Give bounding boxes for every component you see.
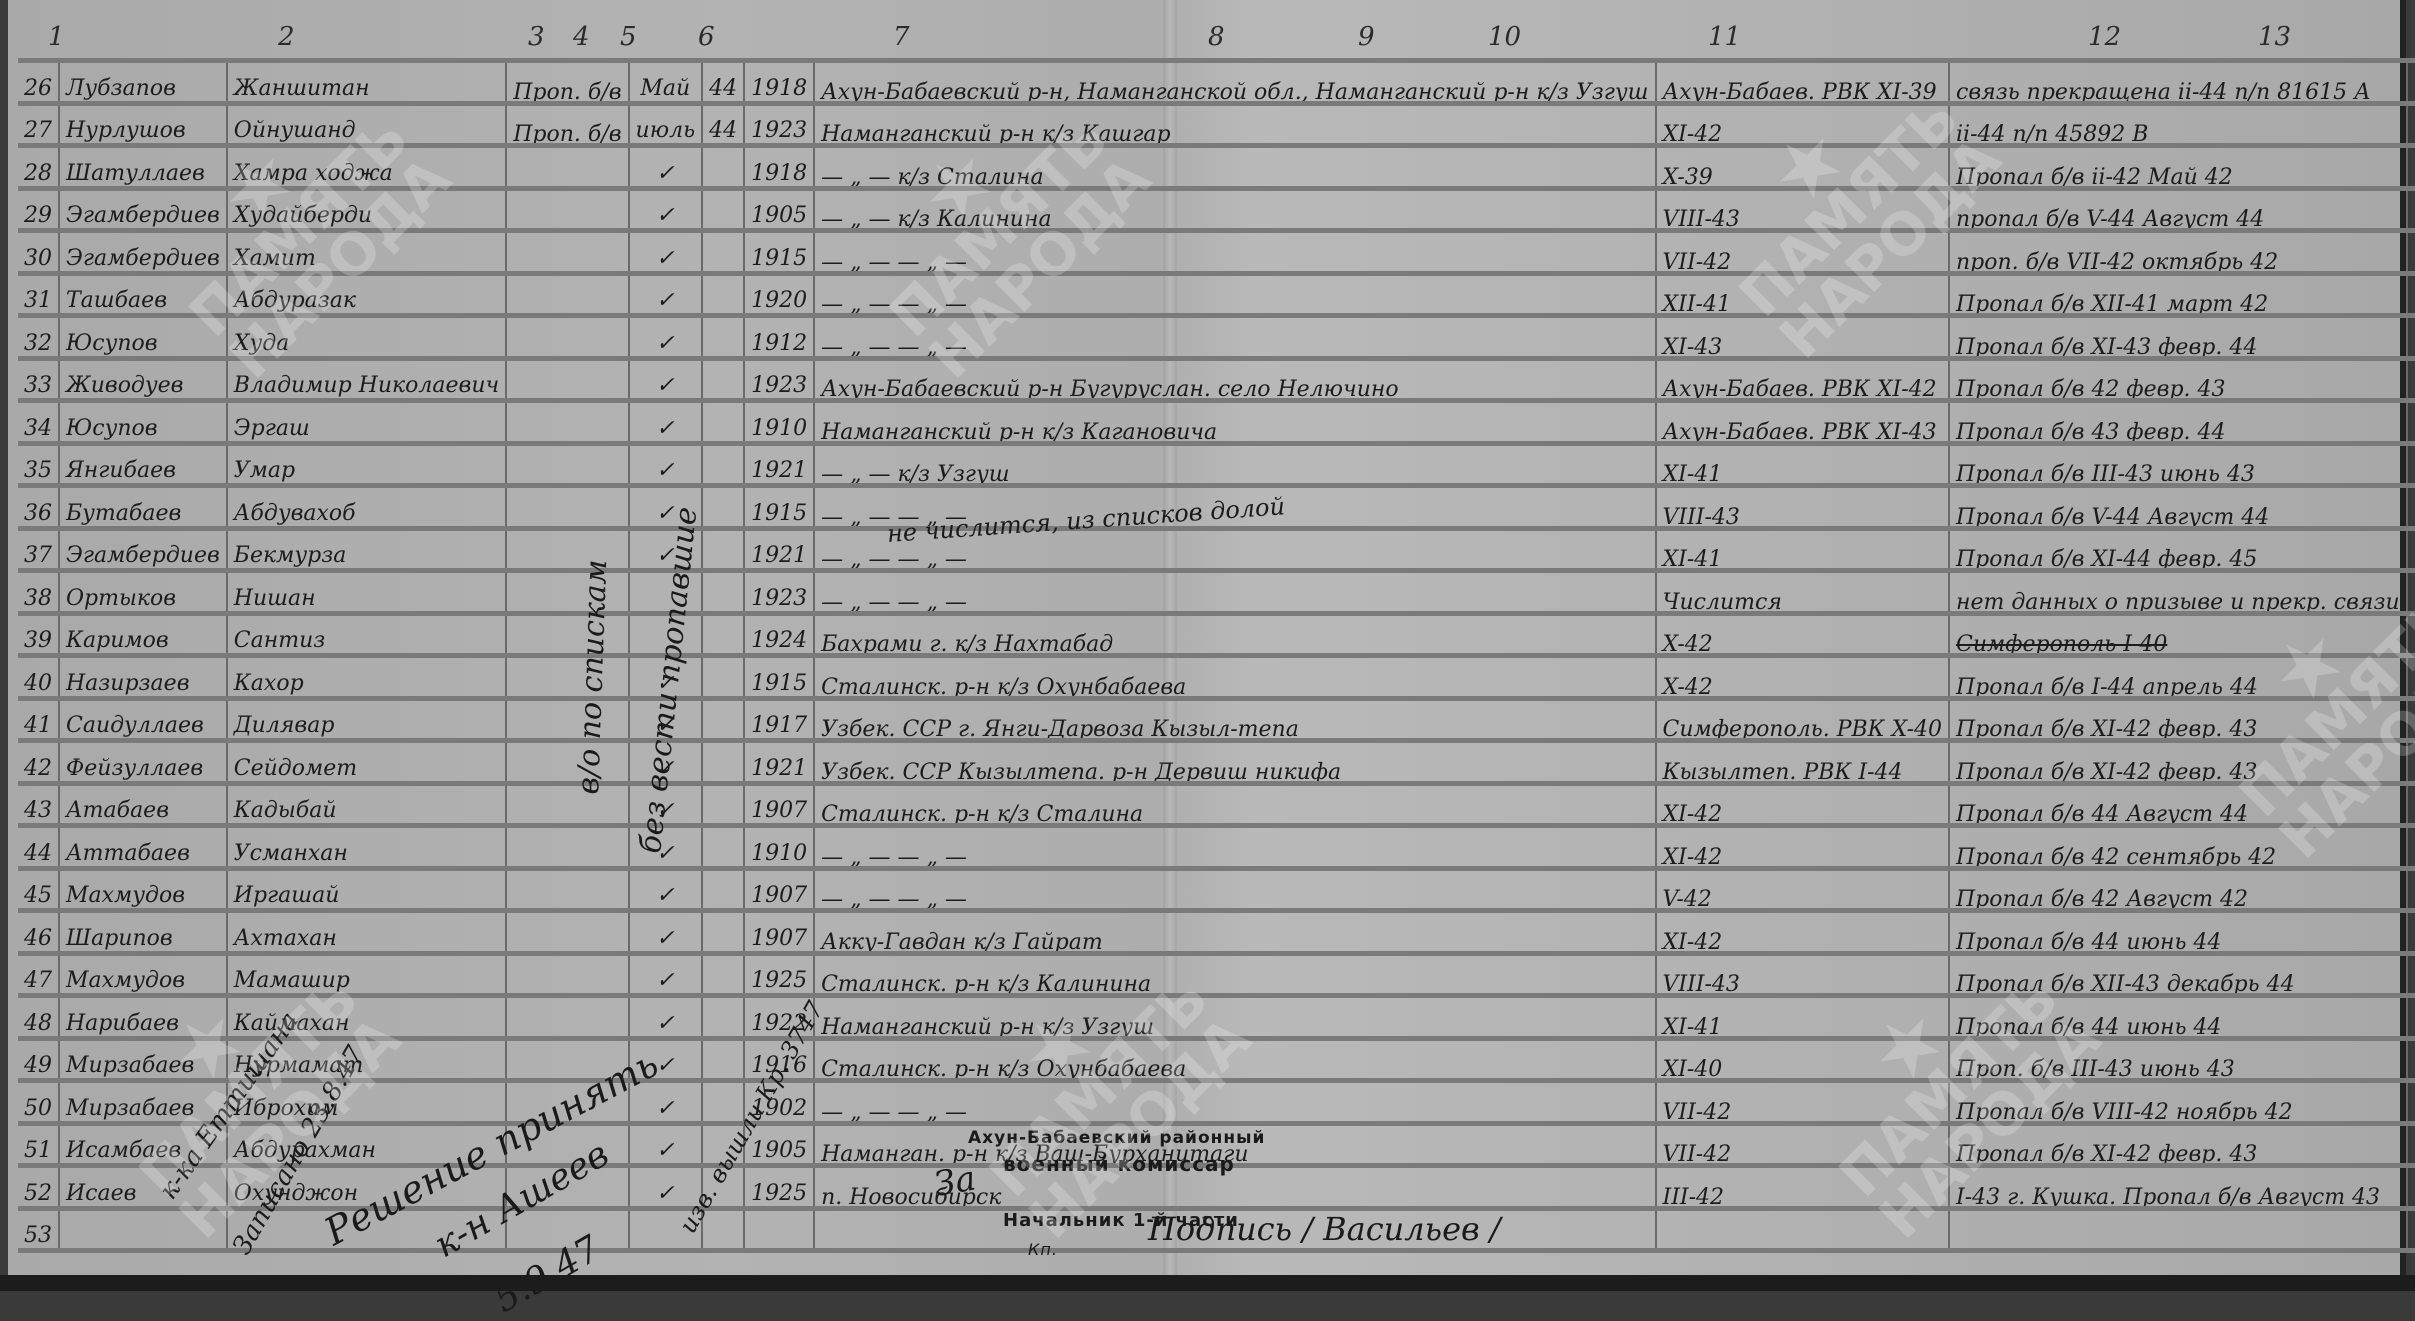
col-number: 6	[698, 22, 715, 52]
col5-cell	[702, 1038, 744, 1081]
called-up-cell: Ахун-Бабаев. РВК XI-39	[1656, 61, 1950, 104]
given-name-cell: Эргаш	[227, 401, 506, 444]
table-row: 33ЖиводуевВладимир Николаевич✓1923Ахун-Б…	[18, 358, 2415, 401]
fate-cell: Пропал б/в XI-43 февр. 44	[1949, 316, 2407, 359]
given-name-cell: Усманхан	[227, 826, 506, 869]
called-up-cell: Ахун-Бабаев. РВК XI-42	[1656, 358, 1950, 401]
called-up-cell	[1656, 1208, 1950, 1251]
col10-cell	[2407, 316, 2415, 359]
called-up-cell: X-42	[1656, 613, 1950, 656]
col3-cell	[506, 231, 628, 274]
col5-cell	[702, 358, 744, 401]
check-cell: ✓	[629, 911, 703, 954]
given-name-cell: Сейдомет	[227, 741, 506, 784]
given-name-cell: Умар	[227, 443, 506, 486]
fate-cell: Пропал б/в 42 Август 42	[1949, 868, 2407, 911]
col-number: 1	[48, 22, 65, 52]
stamp-line-4: Кп.	[1028, 1240, 1058, 1259]
birth-year-cell: 1912	[744, 316, 814, 359]
birthplace-cell: — „ — — „ —	[814, 273, 1655, 316]
table-row: 35ЯнгибаевУмар✓1921— „ — к/з УзгушXI-41П…	[18, 443, 2415, 486]
table-row: 47МахмудовМамашир✓1925Сталинск. р-н к/з …	[18, 953, 2415, 996]
birthplace-cell: Сталинск. р-н к/з Сталина	[814, 783, 1655, 826]
col10-cell	[2407, 741, 2415, 784]
stamp-line-1: Ахун-Бабаевский районный	[968, 1128, 1265, 1148]
col5-cell	[702, 273, 744, 316]
col3-cell	[506, 443, 628, 486]
called-up-cell: VII-42	[1656, 1123, 1950, 1166]
col5-cell: 44	[702, 103, 744, 146]
given-name-cell: Абдувахоб	[227, 486, 506, 529]
col10-cell	[2407, 868, 2415, 911]
table-row: 32ЮсуповХуда✓1912— „ — — „ —XI-43Пропал …	[18, 316, 2415, 359]
birth-year-cell: 1921	[744, 528, 814, 571]
row-number: 35	[18, 443, 59, 486]
col5-cell	[702, 486, 744, 529]
col10-cell	[2407, 1166, 2415, 1209]
fate-cell: пропал б/в V-44 Август 44	[1949, 188, 2407, 231]
given-name-cell: Жаншитан	[227, 61, 506, 104]
col10-cell	[2407, 571, 2415, 614]
called-up-cell: XI-42	[1656, 783, 1950, 826]
called-up-cell: Симферополь. РВК X-40	[1656, 698, 1950, 741]
row-number: 41	[18, 698, 59, 741]
row-number: 48	[18, 996, 59, 1039]
col10-cell	[2407, 826, 2415, 869]
given-name-cell: Кадыбай	[227, 783, 506, 826]
col5-cell	[702, 911, 744, 954]
col10-cell	[2407, 103, 2415, 146]
table-row: 34ЮсуповЭргаш✓1910Наманганский р-н к/з К…	[18, 401, 2415, 444]
surname-cell: Мирзабаев	[59, 1038, 227, 1081]
check-cell: ✓	[629, 358, 703, 401]
birthplace-cell: — „ — — „ —	[814, 571, 1655, 614]
col5-cell	[702, 528, 744, 571]
check-cell: ✓	[629, 146, 703, 189]
birth-year-cell: 1924	[744, 613, 814, 656]
table-row: 37ЭгамбердиевБекмурза✓1921— „ — — „ —XI-…	[18, 528, 2415, 571]
fate-cell: Пропал б/в VIII-42 ноябрь 42	[1949, 1081, 2407, 1124]
fate-cell: Пропал б/в III-43 июнь 43	[1949, 443, 2407, 486]
col3-cell	[506, 698, 628, 741]
called-up-cell: Числится	[1656, 571, 1950, 614]
col10-cell	[2407, 188, 2415, 231]
fate-cell: Пропал б/в XII-41 март 42	[1949, 273, 2407, 316]
col3-cell	[506, 953, 628, 996]
table-row: 40НазирзаевКахор✓1915Сталинск. р-н к/з О…	[18, 656, 2415, 699]
surname-cell: Эгамбердиев	[59, 188, 227, 231]
surname-cell: Шарипов	[59, 911, 227, 954]
fate-cell	[1949, 1208, 2407, 1251]
birthplace-cell: Наманганский р-н к/з Кашгар	[814, 103, 1655, 146]
col3-cell	[506, 741, 628, 784]
col-number: 3	[528, 22, 545, 52]
called-up-cell: VIII-43	[1656, 486, 1950, 529]
col3-cell	[506, 146, 628, 189]
col5-cell	[702, 401, 744, 444]
surname-cell: Фейзуллаев	[59, 741, 227, 784]
birth-year-cell: 1905	[744, 188, 814, 231]
birth-year-cell: 1920	[744, 273, 814, 316]
row-number: 29	[18, 188, 59, 231]
birth-year-cell: 1923	[744, 358, 814, 401]
fate-cell: Пропал б/в XI-42 февр. 43	[1949, 1123, 2407, 1166]
check-cell: Май	[629, 61, 703, 104]
called-up-cell: VII-42	[1656, 1081, 1950, 1124]
surname-cell: Лубзапов	[59, 61, 227, 104]
given-name-cell: Иброхим	[227, 1081, 506, 1124]
given-name-cell: Бекмурза	[227, 528, 506, 571]
birthplace-cell: Сталинск. р-н к/з Охунбабаева	[814, 1038, 1655, 1081]
check-cell: ✓	[629, 953, 703, 996]
called-up-cell: XI-40	[1656, 1038, 1950, 1081]
called-up-cell: III-42	[1656, 1166, 1950, 1209]
birth-year-cell: 1925	[744, 1166, 814, 1209]
birthplace-cell: Бахрами г. к/з Нахтабад	[814, 613, 1655, 656]
col3-cell	[506, 273, 628, 316]
surname-cell	[59, 1208, 227, 1251]
row-number: 44	[18, 826, 59, 869]
birth-year-cell: 1915	[744, 656, 814, 699]
given-name-cell: Дилявар	[227, 698, 506, 741]
birthplace-cell: — „ — — „ —	[814, 231, 1655, 274]
called-up-cell: XI-41	[1656, 443, 1950, 486]
check-cell: ✓	[629, 868, 703, 911]
table-row: 42ФейзуллаевСейдомет✓1921Узбек. ССР Кызы…	[18, 741, 2415, 784]
row-number: 39	[18, 613, 59, 656]
table-row: 38ОртыковНишан1923— „ — — „ —Числитсянет…	[18, 571, 2415, 614]
col5-cell	[702, 741, 744, 784]
birthplace-cell: Ахун-Бабаевский р-н, Наманганской обл., …	[814, 61, 1655, 104]
col10-cell	[2407, 401, 2415, 444]
check-cell: ✓	[629, 996, 703, 1039]
check-cell: ✓	[629, 316, 703, 359]
surname-cell: Ортыков	[59, 571, 227, 614]
check-cell: ✓	[629, 273, 703, 316]
called-up-cell: Ахун-Бабаев. РВК XI-43	[1656, 401, 1950, 444]
za-note: За	[931, 1158, 979, 1205]
table-row: 26ЛубзаповЖаншитанПроп. б/вМай441918Ахун…	[18, 61, 2415, 104]
col10-cell	[2407, 1208, 2415, 1251]
col10-cell	[2407, 698, 2415, 741]
row-number: 37	[18, 528, 59, 571]
col10-cell	[2407, 953, 2415, 996]
row-number: 52	[18, 1166, 59, 1209]
row-number: 30	[18, 231, 59, 274]
row-number: 28	[18, 146, 59, 189]
row-number: 32	[18, 316, 59, 359]
given-name-cell: Ойнушанд	[227, 103, 506, 146]
table-row: 27НурлушовОйнушандПроп. б/виюль441923Нам…	[18, 103, 2415, 146]
row-number: 40	[18, 656, 59, 699]
birthplace-cell: Акку-Гавдан к/з Гайрат	[814, 911, 1655, 954]
called-up-cell: XI-42	[1656, 826, 1950, 869]
col-number: 4	[573, 22, 590, 52]
register-table: 26ЛубзаповЖаншитанПроп. б/вМай441918Ахун…	[18, 58, 2415, 1253]
row-number: 38	[18, 571, 59, 614]
given-name-cell: Абдуразак	[227, 273, 506, 316]
called-up-cell: VII-42	[1656, 231, 1950, 274]
surname-cell: Шатуллаев	[59, 146, 227, 189]
scan-background	[0, 1275, 2415, 1291]
given-name-cell: Хамра ходжа	[227, 146, 506, 189]
surname-cell: Эгамбердиев	[59, 231, 227, 274]
col5-cell	[702, 826, 744, 869]
table-row: 43АтабаевКадыбай✓1907Сталинск. р-н к/з С…	[18, 783, 2415, 826]
row-number: 51	[18, 1123, 59, 1166]
surname-cell: Нарибаев	[59, 996, 227, 1039]
commissar-signature: Подпись / Васильев /	[1148, 1210, 1501, 1248]
col3-cell: Проп. б/в	[506, 61, 628, 104]
row-number: 26	[18, 61, 59, 104]
table-row: 49МирзабаевНурмамат✓1916Сталинск. р-н к/…	[18, 1038, 2415, 1081]
row-number: 43	[18, 783, 59, 826]
surname-cell: Махмудов	[59, 868, 227, 911]
col5-cell	[702, 996, 744, 1039]
given-name-cell: Владимир Николаевич	[227, 358, 506, 401]
surname-cell: Нурлушов	[59, 103, 227, 146]
called-up-cell: X-39	[1656, 146, 1950, 189]
birth-year-cell: 1907	[744, 868, 814, 911]
col10-cell	[2407, 1038, 2415, 1081]
called-up-cell: VIII-43	[1656, 188, 1950, 231]
surname-cell: Эгамбердиев	[59, 528, 227, 571]
table-row: 29ЭгамбердиевХудайберди✓1905— „ — к/з Ка…	[18, 188, 2415, 231]
fate-cell: Пропал б/в 44 Август 44	[1949, 783, 2407, 826]
fate-cell: Пропал б/в 44 июнь 44	[1949, 996, 2407, 1039]
fate-cell: Симферополь I-40	[1949, 613, 2407, 656]
birth-year-cell: 1921	[744, 443, 814, 486]
col-number: 7	[893, 22, 910, 52]
surname-cell: Живодуев	[59, 358, 227, 401]
col3-cell	[506, 826, 628, 869]
surname-cell: Исаев	[59, 1166, 227, 1209]
fate-cell: Пропал б/в XI-42 февр. 43	[1949, 741, 2407, 784]
table-row: 44АттабаевУсманхан✓1910— „ — — „ —XI-42П…	[18, 826, 2415, 869]
birth-year-cell: 1915	[744, 486, 814, 529]
table-row: 30ЭгамбердиевХамит✓1915— „ — — „ —VII-42…	[18, 231, 2415, 274]
col3-cell	[506, 783, 628, 826]
given-name-cell: Нишан	[227, 571, 506, 614]
surname-cell: Аттабаев	[59, 826, 227, 869]
col10-cell	[2407, 528, 2415, 571]
col10-cell	[2407, 783, 2415, 826]
birthplace-cell: — „ — к/з Сталина	[814, 146, 1655, 189]
table-row: 48НарибаевКаймахан✓1922Наманганский р-н …	[18, 996, 2415, 1039]
col5-cell	[702, 868, 744, 911]
called-up-cell: V-42	[1656, 868, 1950, 911]
surname-cell: Махмудов	[59, 953, 227, 996]
birth-year-cell: 1910	[744, 401, 814, 444]
col3-cell	[506, 316, 628, 359]
col10-cell	[2407, 273, 2415, 316]
fate-cell: Пропал б/в 44 июнь 44	[1949, 911, 2407, 954]
called-up-cell: XI-41	[1656, 528, 1950, 571]
col5-cell	[702, 188, 744, 231]
given-name-cell: Сантиз	[227, 613, 506, 656]
col-number: 2	[278, 22, 295, 52]
check-cell: ✓	[629, 443, 703, 486]
birthplace-cell: — „ — к/з Калинина	[814, 188, 1655, 231]
check-cell: ✓	[629, 401, 703, 444]
col-number: 13	[2258, 22, 2291, 52]
col3-cell	[506, 868, 628, 911]
given-name-cell: Худайберди	[227, 188, 506, 231]
called-up-cell: XI-43	[1656, 316, 1950, 359]
table-row: 50МирзабаевИброхим✓1902— „ — — „ —VII-42…	[18, 1081, 2415, 1124]
col10-cell	[2407, 61, 2415, 104]
surname-cell: Каримов	[59, 613, 227, 656]
row-number: 49	[18, 1038, 59, 1081]
fate-cell: Пропал б/в ii-42 Май 42	[1949, 146, 2407, 189]
birth-year-cell: 1923	[744, 571, 814, 614]
called-up-cell: VIII-43	[1656, 953, 1950, 996]
col3-cell	[506, 996, 628, 1039]
fate-cell: Пропал б/в XI-44 февр. 45	[1949, 528, 2407, 571]
given-name-cell: Иргашай	[227, 868, 506, 911]
fate-cell: Проп. б/в III-43 июнь 43	[1949, 1038, 2407, 1081]
birth-year-cell: 1923	[744, 103, 814, 146]
fate-cell: нет данных о призыве и прекр. связи	[1949, 571, 2407, 614]
fate-cell: связь прекращена ii-44 п/п 81615 А	[1949, 61, 2407, 104]
birthplace-cell: Сталинск. р-н к/з Калинина	[814, 953, 1655, 996]
birthplace-cell: Сталинск. р-н к/з Охунбабаева	[814, 656, 1655, 699]
birth-year-cell: 1907	[744, 911, 814, 954]
surname-cell: Юсупов	[59, 401, 227, 444]
col10-cell	[2407, 656, 2415, 699]
fate-cell: I-43 г. Кушка. Пропал б/в Август 43	[1949, 1166, 2407, 1209]
row-number: 42	[18, 741, 59, 784]
row-number: 34	[18, 401, 59, 444]
col3-cell	[506, 358, 628, 401]
col10-cell	[2407, 996, 2415, 1039]
surname-cell: Саидуллаев	[59, 698, 227, 741]
birth-year-cell: 1910	[744, 826, 814, 869]
col10-cell	[2407, 613, 2415, 656]
birth-year-cell: 1915	[744, 231, 814, 274]
col-number: 5	[620, 22, 637, 52]
called-up-cell: X-42	[1656, 656, 1950, 699]
register-sheet: 1 2 3 4 5 6 7 8 9 10 11 12 13 26Лубзапов…	[8, 0, 2406, 1275]
birthplace-cell: — „ — — „ —	[814, 316, 1655, 359]
col5-cell	[702, 783, 744, 826]
birth-year-cell: 1917	[744, 698, 814, 741]
row-number: 31	[18, 273, 59, 316]
birthplace-cell: — „ — — „ —	[814, 868, 1655, 911]
table-row: 39КаримовСантиз1924Бахрами г. к/з Нахтаб…	[18, 613, 2415, 656]
birthplace-cell: — „ — — „ —	[814, 826, 1655, 869]
birthplace-cell: Наманганский р-н к/з Узгуш	[814, 996, 1655, 1039]
col-number: 12	[2088, 22, 2121, 52]
birth-year-cell	[744, 1208, 814, 1251]
called-up-cell: XI-42	[1656, 911, 1950, 954]
row-number: 27	[18, 103, 59, 146]
col10-cell	[2407, 358, 2415, 401]
check-cell: ✓	[629, 1123, 703, 1166]
birthplace-cell: — „ — к/з Узгуш	[814, 443, 1655, 486]
col5-cell: 44	[702, 61, 744, 104]
stamp-line-2: военный комиссар	[1003, 1152, 1235, 1176]
col3-cell	[506, 911, 628, 954]
col3-cell	[506, 401, 628, 444]
col10-cell	[2407, 486, 2415, 529]
called-up-cell: XI-41	[1656, 996, 1950, 1039]
birthplace-cell: Узбек. ССР Кызылтепа. р-н Дервиш никифа	[814, 741, 1655, 784]
check-cell: ✓	[629, 231, 703, 274]
surname-cell: Юсупов	[59, 316, 227, 359]
row-number: 36	[18, 486, 59, 529]
surname-cell: Назирзаев	[59, 656, 227, 699]
birthplace-cell: Наманганский р-н к/з Кагановича	[814, 401, 1655, 444]
fate-cell: проп. б/в VII-42 октябрь 42	[1949, 231, 2407, 274]
column-number-header: 1 2 3 4 5 6 7 8 9 10 11 12 13	[8, 22, 2400, 62]
called-up-cell: XII-41	[1656, 273, 1950, 316]
given-name-cell: Худа	[227, 316, 506, 359]
row-number: 45	[18, 868, 59, 911]
fate-cell: Пропал б/в XII-43 декабрь 44	[1949, 953, 2407, 996]
given-name-cell: Мамашир	[227, 953, 506, 996]
col-number: 9	[1358, 22, 1375, 52]
fate-cell: Пропал б/в V-44 Август 44	[1949, 486, 2407, 529]
row-number: 46	[18, 911, 59, 954]
birthplace-cell: Узбек. ССР г. Янги-Дарвоза Кызыл-тепа	[814, 698, 1655, 741]
given-name-cell: Хамит	[227, 231, 506, 274]
fate-cell: Пропал б/в 42 сентябрь 42	[1949, 826, 2407, 869]
col10-cell	[2407, 911, 2415, 954]
row-number: 50	[18, 1081, 59, 1124]
table-row: 28ШатуллаевХамра ходжа✓1918— „ — к/з Ста…	[18, 146, 2415, 189]
row-number: 53	[18, 1208, 59, 1251]
row-number: 33	[18, 358, 59, 401]
birthplace-cell: Ахун-Бабаевский р-н Бугуруслан. село Нел…	[814, 358, 1655, 401]
surname-cell: Янгибаев	[59, 443, 227, 486]
col5-cell	[702, 656, 744, 699]
col3-cell	[506, 486, 628, 529]
col5-cell	[702, 231, 744, 274]
col10-cell	[2407, 1123, 2415, 1166]
birthplace-cell: — „ — — „ —	[814, 1081, 1655, 1124]
col-number: 11	[1708, 22, 1741, 52]
called-up-cell: XI-42	[1656, 103, 1950, 146]
row-number: 47	[18, 953, 59, 996]
fate-cell: Пропал б/в 42 февр. 43	[1949, 358, 2407, 401]
called-up-cell: Кызылтеп. РВК I-44	[1656, 741, 1950, 784]
table-row: 41СаидуллаевДилявар✓1917Узбек. ССР г. Ян…	[18, 698, 2415, 741]
fate-cell: Пропал б/в 43 февр. 44	[1949, 401, 2407, 444]
col5-cell	[702, 613, 744, 656]
table-row: 31ТашбаевАбдуразак✓1920— „ — — „ —XII-41…	[18, 273, 2415, 316]
col5-cell	[702, 316, 744, 359]
col3-cell	[506, 188, 628, 231]
check-cell: июль	[629, 103, 703, 146]
col5-cell	[702, 953, 744, 996]
birth-year-cell: 1907	[744, 783, 814, 826]
col5-cell	[702, 571, 744, 614]
table-row: 45МахмудовИргашай✓1907— „ — — „ —V-42Про…	[18, 868, 2415, 911]
fate-cell: Пропал б/в XI-42 февр. 43	[1949, 698, 2407, 741]
surname-cell: Ташбаев	[59, 273, 227, 316]
col-number: 10	[1488, 22, 1521, 52]
col10-cell	[2407, 146, 2415, 189]
birth-year-cell: 1918	[744, 146, 814, 189]
fate-cell: Пропал б/в I-44 апрель 44	[1949, 656, 2407, 699]
birth-year-cell: 1921	[744, 741, 814, 784]
fate-cell: ii-44 п/п 45892 В	[1949, 103, 2407, 146]
surname-cell: Атабаев	[59, 783, 227, 826]
col3-cell: Проп. б/в	[506, 103, 628, 146]
check-cell: ✓	[629, 188, 703, 231]
given-name-cell: Ахтахан	[227, 911, 506, 954]
